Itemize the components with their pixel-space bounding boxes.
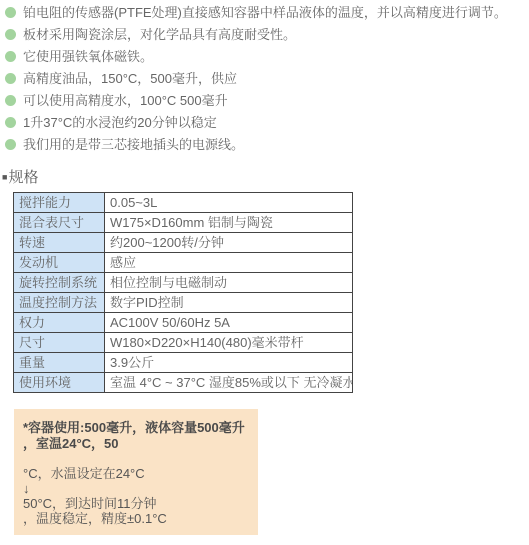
table-row: 权力 AC100V 50/60Hz 5A	[14, 313, 353, 333]
bullet-icon	[5, 29, 16, 40]
spec-label-cell: 权力	[14, 313, 105, 333]
feature-text: 1升37°C的水浸泡约20分钟以稳定	[23, 115, 217, 130]
bullet-icon	[5, 51, 16, 62]
bullet-icon	[5, 117, 16, 128]
table-row: 旋转控制系统 相位控制与电磁制动	[14, 273, 353, 293]
note-bold-line: *容器使用:500毫升，液体容量500毫升	[23, 420, 249, 436]
spec-label-cell: 旋转控制系统	[14, 273, 105, 293]
feature-text: 它使用强铁氧体磁铁。	[23, 49, 153, 64]
spec-value-cell: 感应	[105, 253, 353, 273]
list-item: 我们用的是带三芯接地插头的电源线。	[0, 138, 529, 152]
feature-text: 板材采用陶瓷涂层，对化学品具有高度耐受性。	[23, 27, 296, 42]
note-bold-line: ，室温24°C，50	[23, 436, 249, 452]
list-item: 铂电阻的传感器(PTFE处理)直接感知容器中样品液体的温度，并以高精度进行调节。	[0, 6, 529, 20]
table-row: 混合表尺寸 W175×D160mm 铝制与陶瓷	[14, 213, 353, 233]
feature-text: 铂电阻的传感器(PTFE处理)直接感知容器中样品液体的温度，并以高精度进行调节。	[23, 5, 507, 20]
note-line: °C，水温设定在24°C	[23, 466, 249, 481]
spec-label-cell: 使用环境	[14, 373, 105, 393]
list-item: 1升37°C的水浸泡约20分钟以稳定	[0, 116, 529, 130]
feature-text: 高精度油品，150°C，500毫升，供应	[23, 71, 237, 86]
section-title-text: 规格	[8, 169, 38, 186]
bullet-icon	[5, 95, 16, 106]
spec-section-title: ■规格	[2, 169, 529, 186]
table-row: 发动机 感应	[14, 253, 353, 273]
table-row: 重量 3.9公斤	[14, 353, 353, 373]
note-box: *容器使用:500毫升，液体容量500毫升 ，室温24°C，50 °C，水温设定…	[14, 409, 258, 535]
table-row: 搅拌能力 0.05~3L	[14, 193, 353, 213]
spec-value-cell: W180×D220×H140(480)毫米带杆	[105, 333, 353, 353]
feature-text: 可以使用高精度水，100°C 500毫升	[23, 93, 228, 108]
spec-value-cell: 相位控制与电磁制动	[105, 273, 353, 293]
spec-label-cell: 重量	[14, 353, 105, 373]
spec-value-cell: 约200~1200转/分钟	[105, 233, 353, 253]
spec-value-cell: AC100V 50/60Hz 5A	[105, 313, 353, 333]
square-marker-icon: ■	[2, 172, 7, 182]
feature-text: 我们用的是带三芯接地插头的电源线。	[23, 137, 244, 152]
bullet-icon	[5, 73, 16, 84]
spec-label-cell: 混合表尺寸	[14, 213, 105, 233]
table-row: 尺寸 W180×D220×H140(480)毫米带杆	[14, 333, 353, 353]
note-line: ，温度稳定，精度±0.1°C	[23, 511, 249, 526]
spec-label-cell: 搅拌能力	[14, 193, 105, 213]
spec-label-cell: 温度控制方法	[14, 293, 105, 313]
spec-value-cell: 数字PID控制	[105, 293, 353, 313]
table-row: 使用环境 室温 4°C ~ 37°C 湿度85%或以下 无冷凝水	[14, 373, 353, 393]
feature-list: 铂电阻的传感器(PTFE处理)直接感知容器中样品液体的温度，并以高精度进行调节。…	[0, 6, 529, 152]
note-spacer	[23, 452, 249, 466]
list-item: 它使用强铁氧体磁铁。	[0, 50, 529, 64]
spec-value-cell: 0.05~3L	[105, 193, 353, 213]
bullet-icon	[5, 139, 16, 150]
product-spec-page: 铂电阻的传感器(PTFE处理)直接感知容器中样品液体的温度，并以高精度进行调节。…	[0, 0, 529, 545]
spec-value-cell: 室温 4°C ~ 37°C 湿度85%或以下 无冷凝水	[105, 373, 353, 393]
spec-table: 搅拌能力 0.05~3L 混合表尺寸 W175×D160mm 铝制与陶瓷 转速 …	[13, 192, 353, 393]
spec-value-cell: 3.9公斤	[105, 353, 353, 373]
table-row: 转速 约200~1200转/分钟	[14, 233, 353, 253]
list-item: 板材采用陶瓷涂层，对化学品具有高度耐受性。	[0, 28, 529, 42]
bullet-icon	[5, 7, 16, 18]
spec-label-cell: 转速	[14, 233, 105, 253]
table-row: 温度控制方法 数字PID控制	[14, 293, 353, 313]
note-line: 50°C，到达时间11分钟	[23, 496, 249, 511]
down-arrow-icon: ↓	[23, 481, 249, 496]
spec-value-cell: W175×D160mm 铝制与陶瓷	[105, 213, 353, 233]
list-item: 可以使用高精度水，100°C 500毫升	[0, 94, 529, 108]
spec-label-cell: 尺寸	[14, 333, 105, 353]
list-item: 高精度油品，150°C，500毫升，供应	[0, 72, 529, 86]
spec-label-cell: 发动机	[14, 253, 105, 273]
